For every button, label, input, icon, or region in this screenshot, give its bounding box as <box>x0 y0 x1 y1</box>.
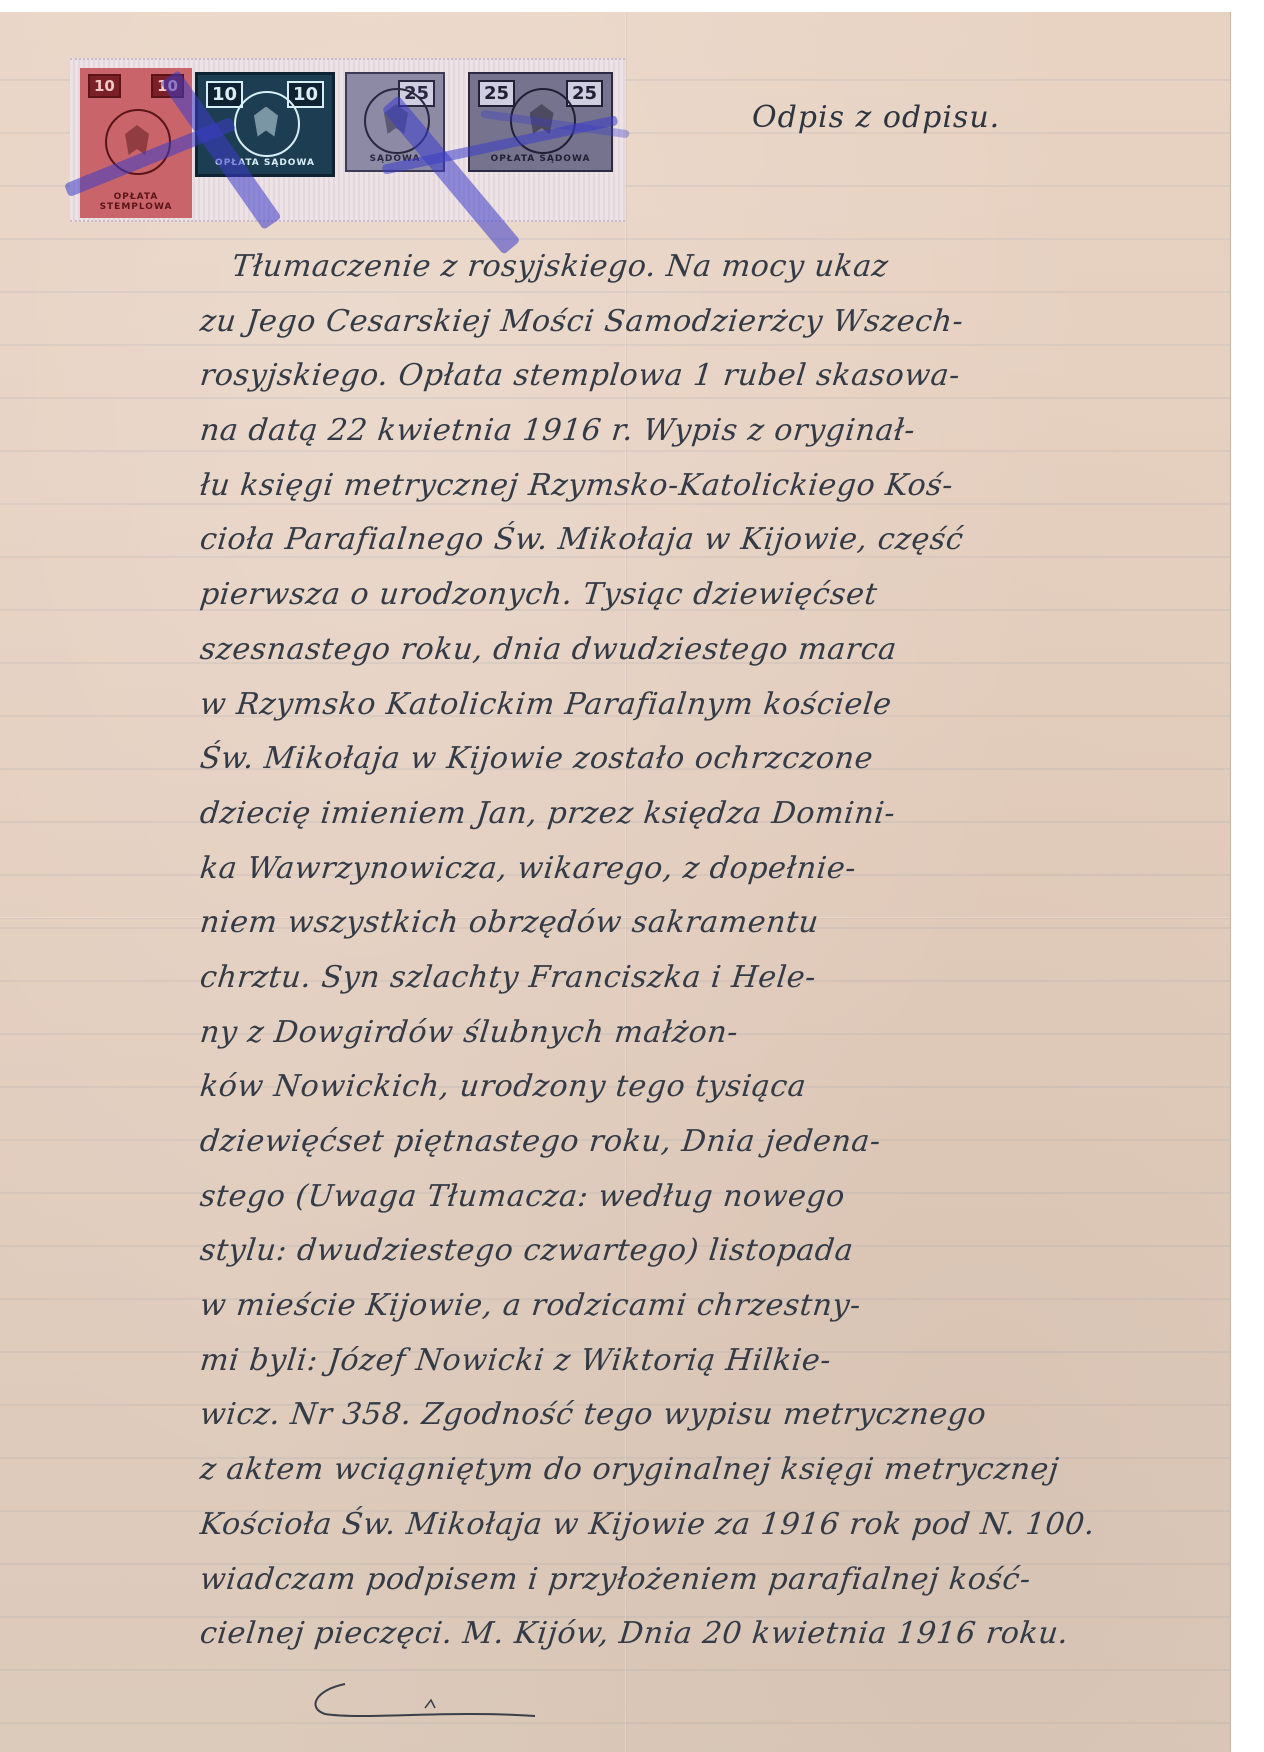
text-line: w mieście Kijowie, a rodzicami chrzestny… <box>197 1279 1103 1334</box>
text-line: łu księgi metrycznej Rzymsko-Katolickieg… <box>197 459 1103 514</box>
text-line: ny z Dowgirdów ślubnych małżon- <box>197 1006 1103 1061</box>
text-line: mi byli: Józef Nowicki z Wiktorią Hilkie… <box>197 1334 1103 1389</box>
handwritten-body: Tłumaczenie z rosyjskiego. Na mocy ukaz … <box>200 240 1100 1662</box>
header-note: Odpis z odpisu. <box>752 100 1000 135</box>
text-line: dziecię imieniem Jan, przez księdza Domi… <box>197 787 1103 842</box>
text-line: ków Nowickich, urodzony tego tysiąca <box>197 1060 1103 1115</box>
text-line: zu Jego Cesarskiej Mości Samodzierżcy Ws… <box>197 295 1103 350</box>
stamp-value-left: 10 <box>206 81 243 108</box>
text-line: stylu: dwudziestego czwartego) listopada <box>197 1224 1103 1279</box>
text-line: niem wszystkich obrzędów sakramentu <box>197 896 1103 951</box>
text-line: ka Wawrzynowicza, wikarego, z dopełnie- <box>197 842 1103 897</box>
stamp-value-right: 25 <box>566 80 603 107</box>
text-line: z aktem wciągniętym do oryginalnej księg… <box>197 1443 1103 1498</box>
text-line: dziewięćset piętnastego roku, Dnia jeden… <box>197 1115 1103 1170</box>
text-line: wicz. Nr 358. Zgodność tego wypisu metry… <box>197 1388 1103 1443</box>
stamp-caption: OPŁATA SĄDOWA <box>470 154 611 164</box>
text-line: Św. Mikołaja w Kijowie zostało ochrzczon… <box>197 732 1103 787</box>
text-line: na datą 22 kwietnia 1916 r. Wypis z oryg… <box>197 404 1103 459</box>
text-line: Kościoła Św. Mikołaja w Kijowie za 1916 … <box>197 1498 1103 1553</box>
text-line: Tłumaczenie z rosyjskiego. Na mocy ukaz <box>197 240 1103 295</box>
text-line: cielnej pieczęci. M. Kijów, Dnia 20 kwie… <box>197 1607 1103 1662</box>
text-line: szesnastego roku, dnia dwudziestego marc… <box>197 623 1103 678</box>
stamp-caption: OPŁATA STEMPLOWA <box>80 192 192 212</box>
signature-flourish <box>305 1680 565 1730</box>
text-line: rosyjskiego. Opłata stemplowa 1 rubel sk… <box>197 349 1103 404</box>
text-line: pierwsza o urodzonych. Tysiąc dziewięćse… <box>197 568 1103 623</box>
text-line: chrztu. Syn szlachty Franciszka i Hele- <box>197 951 1103 1006</box>
stamp-value-left: 10 <box>88 74 121 98</box>
text-line: cioła Parafialnego Św. Mikołaja w Kijowi… <box>197 513 1103 568</box>
stamp-value-left: 25 <box>478 80 515 107</box>
text-line: w Rzymsko Katolickim Parafialnym kościel… <box>197 678 1103 733</box>
eagle-emblem-icon <box>234 91 300 157</box>
text-line: stego (Uwaga Tłumacza: według nowego <box>197 1170 1103 1225</box>
text-line: wiadczam podpisem i przyłożeniem parafia… <box>197 1553 1103 1608</box>
